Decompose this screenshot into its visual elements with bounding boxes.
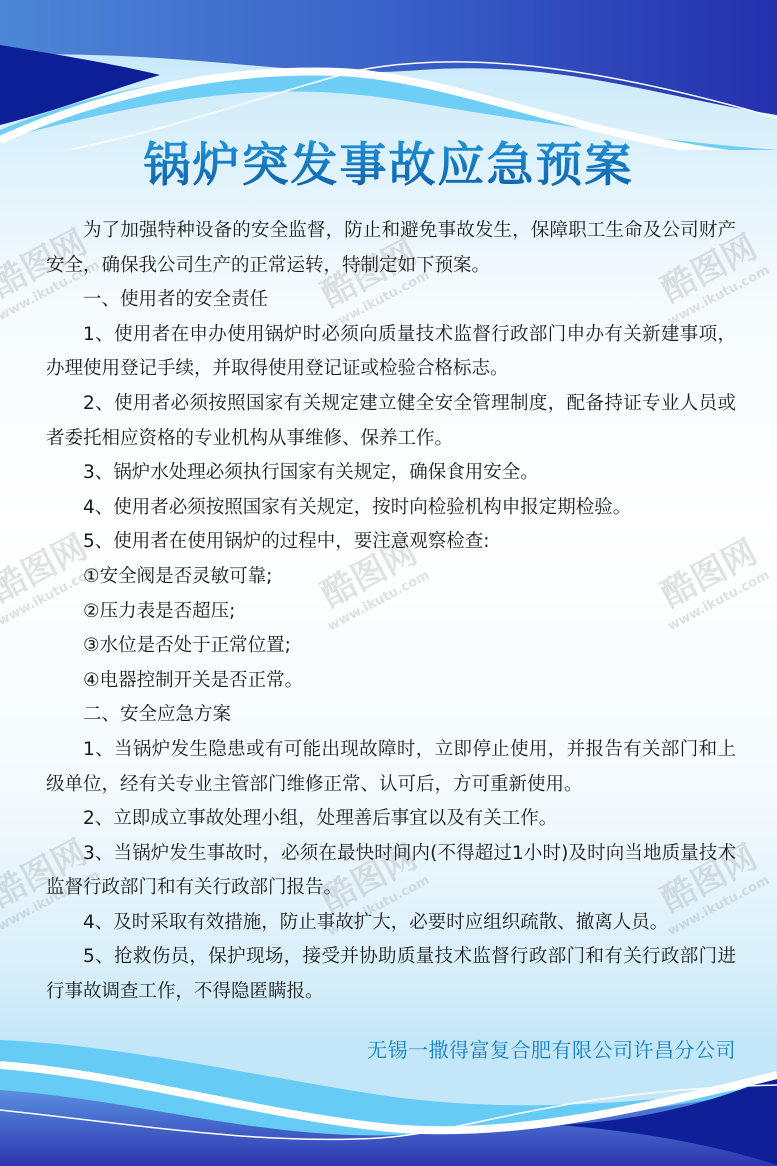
list-item: 5、使用者在使用锅炉的过程中，要注意观察检查: — [46, 525, 736, 560]
check-item: ②压力表是否超压; — [46, 595, 736, 630]
page-title: 锅炉突发事故应急预案 — [0, 128, 777, 195]
section-heading: 二、安全应急方案 — [46, 698, 736, 733]
poster: 酷图网www.ikutu.com 酷图网www.ikutu.com 酷图网www… — [0, 0, 777, 1166]
check-item: ③水位是否处于正常位置; — [46, 629, 736, 664]
list-item: 2、使用者必须按照国家有关规定建立健全安全管理制度，配备持证专业人员或者委托相应… — [46, 387, 736, 456]
list-item: 2、立即成立事故处理小组，处理善后事宜以及有关工作。 — [46, 802, 736, 837]
list-item: 1、使用者在申办使用锅炉时必须向质量技术监督行政部门申办有关新建事项，办理使用登… — [46, 318, 736, 387]
list-item: 4、及时采取有效措施，防止事故扩大，必要时应组织疏散、撤离人员。 — [46, 906, 736, 941]
company-name: 无锡一撒得富复合肥有限公司许昌分公司 — [0, 1034, 736, 1063]
check-item: ①安全阀是否灵敏可靠; — [46, 560, 736, 595]
check-item: ④电器控制开关是否正常。 — [46, 664, 736, 699]
list-item: 4、使用者必须按照国家有关规定，按时向检验机构申报定期检验。 — [46, 491, 736, 526]
list-item: 5、抢救伤员，保护现场，接受并协助质量技术监督行政部门和有关行政部门进行事故调查… — [46, 940, 736, 1009]
document-body: 为了加强特种设备的安全监督，防止和避免事故发生，保障职工生命及公司财产安全，确保… — [46, 214, 736, 1010]
intro-paragraph: 为了加强特种设备的安全监督，防止和避免事故发生，保障职工生命及公司财产安全，确保… — [46, 214, 736, 283]
list-item: 3、锅炉水处理必须执行国家有关规定，确保食用安全。 — [46, 456, 736, 491]
section-heading: 一、使用者的安全责任 — [46, 283, 736, 318]
list-item: 1、当锅炉发生隐患或有可能出现故障时，立即停止使用，并报告有关部门和上级单位，经… — [46, 733, 736, 802]
list-item: 3、当锅炉发生事故时，必须在最快时间内(不得超过1小时)及时向当地质量技术监督行… — [46, 837, 736, 906]
